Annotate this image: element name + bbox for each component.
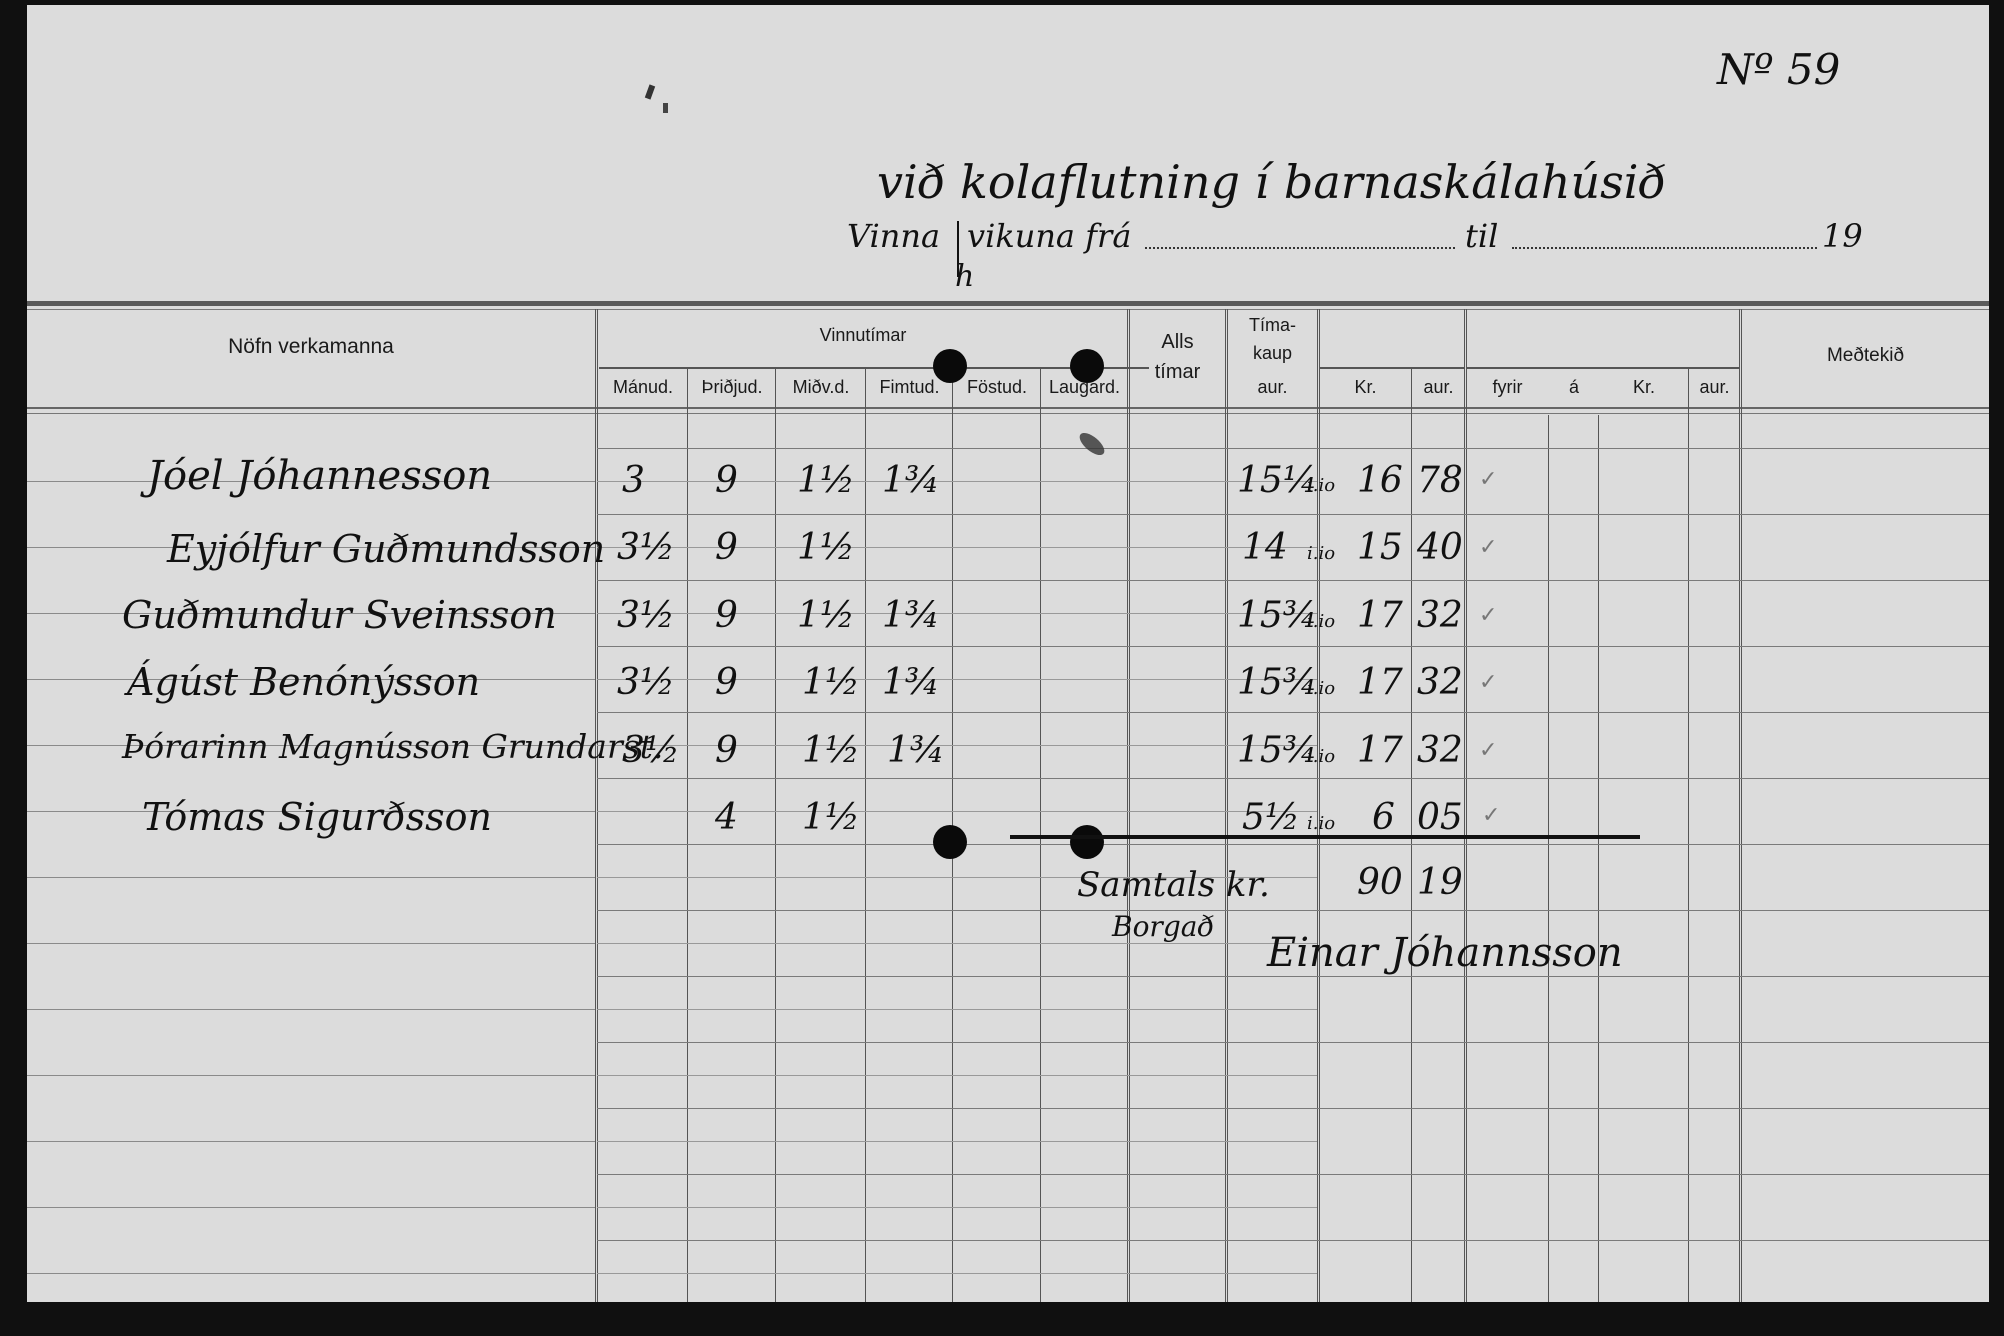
- header-rate-3: aur.: [1228, 377, 1317, 398]
- ruled-line: [597, 1108, 1989, 1109]
- amount-aur: 32: [1417, 595, 1463, 636]
- hours-thu: 1¾: [882, 595, 940, 636]
- worker-name: Tómas Sigurðsson: [142, 795, 492, 839]
- ruled-line: [27, 1009, 595, 1010]
- hours-wed: 1½: [802, 662, 860, 703]
- amount-kr: 15: [1357, 527, 1403, 568]
- col-divider-amount: [1464, 309, 1467, 1302]
- ruled-line: [597, 613, 1317, 614]
- hourly-rate: 14: [1242, 527, 1288, 568]
- worker-name: Guðmundur Sveinsson: [122, 593, 557, 637]
- period-til: til: [1465, 217, 1498, 255]
- ink-mark: [645, 84, 655, 99]
- ruled-line: [597, 1042, 1989, 1043]
- col-divider-rate: [1317, 309, 1320, 1302]
- header-bottom-rule: [27, 407, 1989, 409]
- punch-hole: [1070, 349, 1104, 383]
- ruled-line: [27, 877, 595, 878]
- paid-label: Borgað: [1112, 910, 1214, 943]
- from-date-field[interactable]: [1145, 247, 1455, 249]
- col-divider-names: [595, 309, 598, 1302]
- hourly-rate: 15¼: [1237, 460, 1318, 501]
- hourly-rate: 5½: [1242, 797, 1300, 838]
- hours-tue: 9: [715, 527, 738, 568]
- ruled-line: [597, 514, 1989, 515]
- worker-name: Eyjólfur Guðmundsson: [167, 527, 605, 571]
- ruled-line: [597, 811, 1317, 812]
- handwritten-heading: við kolaflutning í barnaskálahúsið: [877, 155, 1666, 209]
- header-day-wed: Miðv.d.: [777, 377, 865, 398]
- hours-wed: 1½: [797, 595, 855, 636]
- header-day-tue: Þriðjud.: [689, 377, 775, 398]
- ruled-line: [27, 1273, 595, 1274]
- hours-mon: 3½: [617, 527, 675, 568]
- hourly-rate: 15¾: [1237, 730, 1318, 771]
- col-divider: [1548, 415, 1549, 1302]
- ruled-line: [597, 1207, 1317, 1208]
- header-day-thu: Fimtud.: [867, 377, 952, 398]
- hourly-rate: 15¾: [1237, 662, 1318, 703]
- col-divider: [687, 367, 688, 1302]
- header-bottom-rule-2: [27, 413, 1989, 414]
- hours-thu: 1¾: [882, 460, 940, 501]
- document-number: Nº 59: [1717, 45, 1840, 94]
- ink-smudge: [1076, 429, 1108, 459]
- ledger-sheet: Nº 59 við kolaflutning í barnaskálahúsið…: [27, 5, 1989, 1302]
- amount-aur: 32: [1417, 662, 1463, 703]
- hours-wed: 1½: [802, 730, 860, 771]
- amount-aur: 05: [1417, 797, 1463, 838]
- header-total-hours-2: tímar: [1130, 361, 1225, 384]
- handwritten-h: h: [955, 259, 974, 294]
- table-top-rule: [27, 301, 1989, 306]
- subheader-rule-days: [599, 367, 1149, 369]
- header-aur2: aur.: [1690, 377, 1739, 398]
- total-aur: 19: [1417, 862, 1463, 903]
- year-prefix: 19: [1822, 217, 1863, 255]
- ruled-line: [597, 1240, 1989, 1241]
- check-mark: ✓: [1479, 467, 1497, 492]
- rate-note: i.io: [1307, 746, 1335, 767]
- hours-tue: 9: [715, 662, 738, 703]
- header-work-hours: Vinnutímar: [599, 325, 1127, 346]
- header-day-mon: Mánud.: [599, 377, 687, 398]
- hours-mon: 3½: [622, 730, 680, 771]
- period-prefix: Vinna: [847, 217, 940, 255]
- ruled-line: [597, 1141, 1317, 1142]
- rate-note: i.io: [1307, 813, 1335, 834]
- amount-kr: 17: [1357, 662, 1403, 703]
- check-mark: ✓: [1479, 603, 1497, 628]
- hours-wed: 1½: [797, 527, 855, 568]
- ink-mark: [663, 103, 668, 113]
- ruled-line: [597, 1075, 1317, 1076]
- ruled-line: [27, 1207, 595, 1208]
- ruled-line: [597, 547, 1317, 548]
- ruled-line: [27, 1141, 595, 1142]
- signature: Einar Jóhannsson: [1267, 930, 1623, 976]
- punch-hole: [1070, 825, 1104, 859]
- col-divider-received: [1739, 309, 1742, 1302]
- header-rate-2: kaup: [1228, 343, 1317, 364]
- header-amount-aur: aur.: [1413, 377, 1464, 398]
- amount-kr: 6: [1372, 797, 1395, 838]
- ruled-line: [597, 844, 1989, 845]
- ruled-line: [597, 448, 1989, 449]
- hours-tue: 9: [715, 730, 738, 771]
- amount-kr: 16: [1357, 460, 1403, 501]
- ruled-line: [597, 778, 1989, 779]
- worker-name: Þórarinn Magnússon Grundarst.: [122, 727, 663, 766]
- period-middle: vikuna frá: [967, 217, 1131, 255]
- ruled-line: [597, 910, 1989, 911]
- ruled-line: [597, 1009, 1317, 1010]
- check-mark: ✓: [1479, 738, 1497, 763]
- check-mark: ✓: [1482, 803, 1500, 828]
- amount-aur: 40: [1417, 527, 1463, 568]
- hours-tue: 4: [715, 797, 738, 838]
- amount-aur: 78: [1417, 460, 1463, 501]
- worker-name: Jóel Jóhannesson: [147, 453, 492, 499]
- hours-tue: 9: [715, 595, 738, 636]
- hours-wed: 1½: [797, 460, 855, 501]
- check-mark: ✓: [1479, 670, 1497, 695]
- header-rate-1: Tíma-: [1228, 315, 1317, 336]
- header-received: Meðtekið: [1742, 345, 1989, 367]
- ruled-line: [597, 943, 1317, 944]
- worker-name: Ágúst Benónýsson: [127, 660, 480, 704]
- period-line: Vinna h vikuna frá til 19: [847, 217, 1867, 257]
- rate-note: i.io: [1307, 678, 1335, 699]
- header-day-fri: Föstud.: [954, 377, 1040, 398]
- header-amount-kr: Kr.: [1320, 377, 1411, 398]
- ruled-line: [597, 976, 1989, 977]
- header-names: Nöfn verkamanna: [27, 335, 595, 359]
- col-divider: [775, 367, 776, 1302]
- hours-mon: 3½: [617, 595, 675, 636]
- punch-hole: [933, 349, 967, 383]
- punch-hole: [933, 825, 967, 859]
- hourly-rate: 15¾: [1237, 595, 1318, 636]
- col-divider-days-end: [1127, 309, 1130, 1302]
- header-fyrir: fyrir: [1467, 377, 1548, 398]
- ruled-line: [597, 1273, 1317, 1274]
- subheader-rule-amount: [1320, 367, 1465, 369]
- ruled-line: [597, 1174, 1989, 1175]
- hours-thu: 1¾: [887, 730, 945, 771]
- ruled-line: [597, 745, 1317, 746]
- hours-tue: 9: [715, 460, 738, 501]
- hours-mon: 3: [622, 460, 645, 501]
- hours-thu: 1¾: [882, 662, 940, 703]
- header-kr2: Kr.: [1600, 377, 1688, 398]
- col-divider: [1688, 367, 1689, 1302]
- ruled-line: [597, 646, 1989, 647]
- rate-note: i.io: [1307, 475, 1335, 496]
- hours-wed: 1½: [802, 797, 860, 838]
- ruled-line: [597, 580, 1989, 581]
- col-divider: [865, 367, 866, 1302]
- table-top-rule-thin: [27, 309, 1989, 310]
- ruled-line: [597, 679, 1317, 680]
- ruled-line: [27, 943, 595, 944]
- total-label: Samtals kr.: [1077, 865, 1270, 905]
- header-a: á: [1550, 377, 1598, 398]
- col-divider: [1598, 415, 1599, 1302]
- total-kr: 90: [1357, 862, 1403, 903]
- rate-note: i.io: [1307, 611, 1335, 632]
- ruled-line: [597, 481, 1317, 482]
- to-date-field[interactable]: [1512, 247, 1817, 249]
- amount-kr: 17: [1357, 730, 1403, 771]
- ruled-line: [27, 1075, 595, 1076]
- header-total-hours-1: Alls: [1130, 331, 1225, 354]
- hours-mon: 3½: [617, 662, 675, 703]
- ruled-line: [597, 712, 1989, 713]
- rate-note: i.io: [1307, 543, 1335, 564]
- col-divider-total: [1225, 309, 1228, 1302]
- amount-kr: 17: [1357, 595, 1403, 636]
- subheader-rule-other: [1467, 367, 1739, 369]
- check-mark: ✓: [1479, 535, 1497, 560]
- amount-aur: 32: [1417, 730, 1463, 771]
- total-underline: [1010, 835, 1640, 839]
